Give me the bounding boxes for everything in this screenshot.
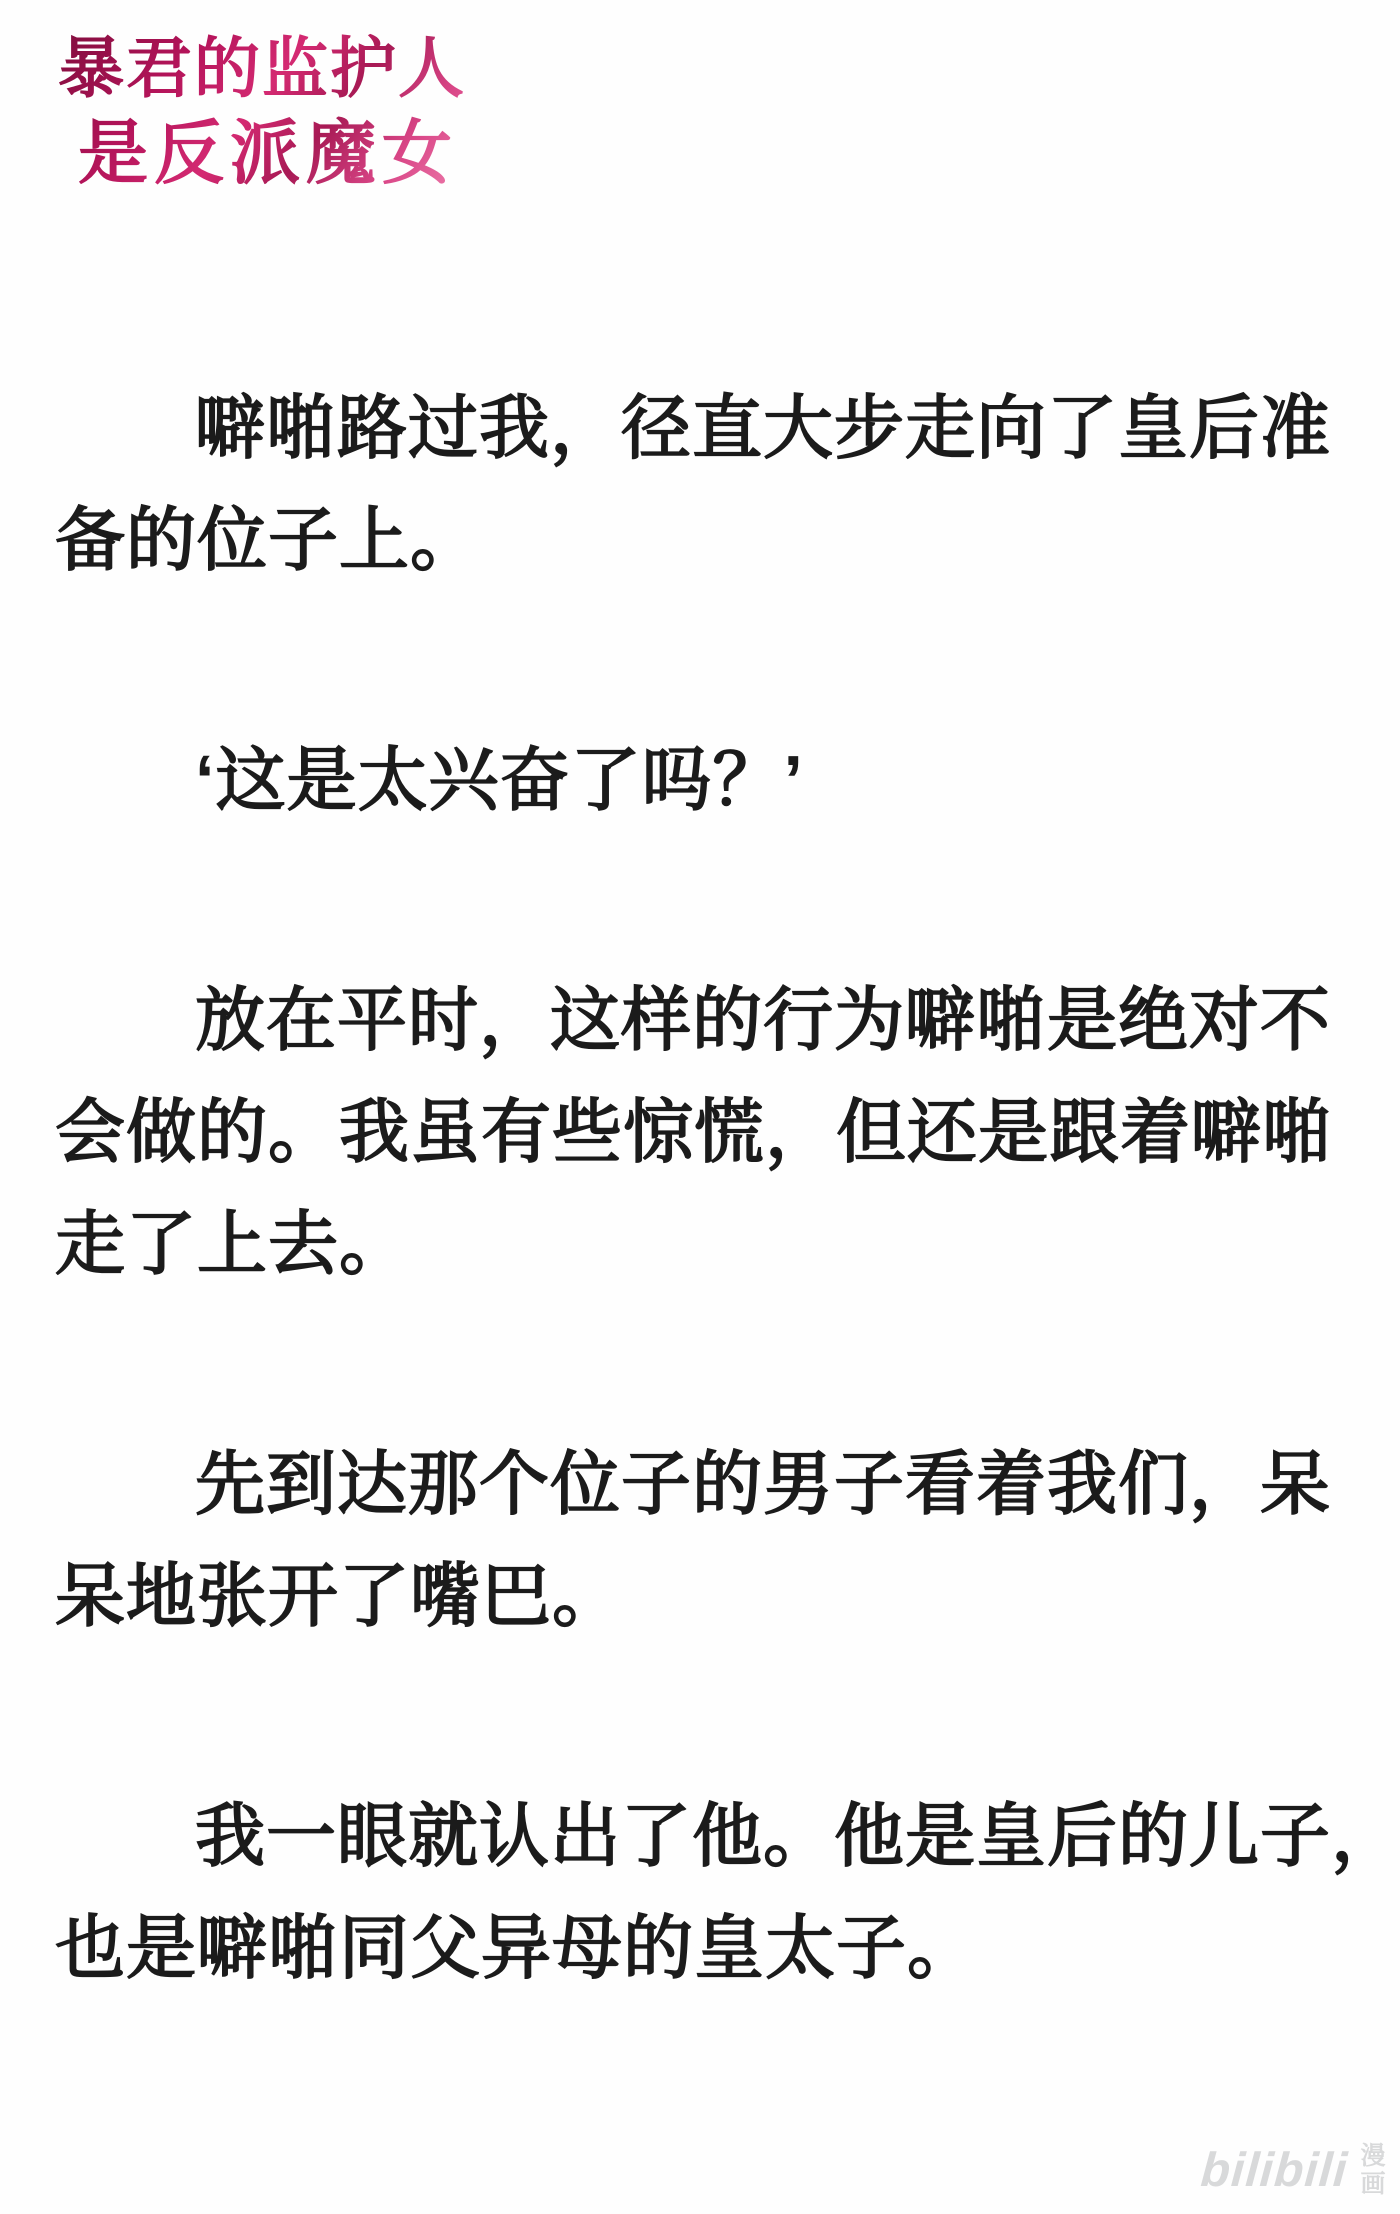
paragraph: 先到达那个位子的男子看着我们，呆呆地张开了嘴巴。 (55, 1428, 1353, 1652)
text-line: 我一眼就认出了他。他是皇后的儿子， (55, 1780, 1353, 1892)
paragraph: ‘这是太兴奋了吗？’ (55, 724, 1353, 836)
text-line: 先到达那个位子的男子看着我们，呆 (55, 1428, 1353, 1540)
text-line: 走了上去。 (55, 1188, 1353, 1300)
text-line: 备的位子上。 (55, 484, 1353, 596)
paragraph: 我一眼就认出了他。他是皇后的儿子，也是噼啪同父异母的皇太子。 (55, 1780, 1353, 2004)
paragraph: 放在平时，这样的行为噼啪是绝对不会做的。我虽有些惊慌，但还是跟着噼啪走了上去。 (55, 964, 1353, 1300)
text-line: 也是噼啪同父异母的皇太子。 (55, 1892, 1353, 2004)
text-line: 会做的。我虽有些惊慌，但还是跟着噼啪 (55, 1076, 1353, 1188)
text-line: 呆地张开了嘴巴。 (55, 1540, 1353, 1652)
text-line: ‘这是太兴奋了吗？’ (55, 724, 1353, 836)
paragraph: 噼啪路过我，径直大步走向了皇后准备的位子上。 (55, 372, 1353, 596)
text-line: 放在平时，这样的行为噼啪是绝对不 (55, 964, 1353, 1076)
series-title-line1: 暴君的监护人 (58, 26, 466, 110)
bilibili-watermark: bilibili 漫画 (1201, 2142, 1386, 2198)
series-title-logo: 暴君的监护人 是反派魔女 (58, 26, 466, 196)
novel-page: 暴君的监护人 是反派魔女 噼啪路过我，径直大步走向了皇后准备的位子上。‘这是太兴… (0, 0, 1400, 2214)
series-title-line2: 是反派魔女 (78, 110, 466, 196)
novel-text: 噼啪路过我，径直大步走向了皇后准备的位子上。‘这是太兴奋了吗？’放在平时，这样的… (55, 372, 1353, 2132)
text-line: 噼啪路过我，径直大步走向了皇后准 (55, 372, 1353, 484)
manga-label: 漫画 (1356, 2142, 1386, 2198)
bilibili-logo: bilibili (1199, 2143, 1350, 2198)
